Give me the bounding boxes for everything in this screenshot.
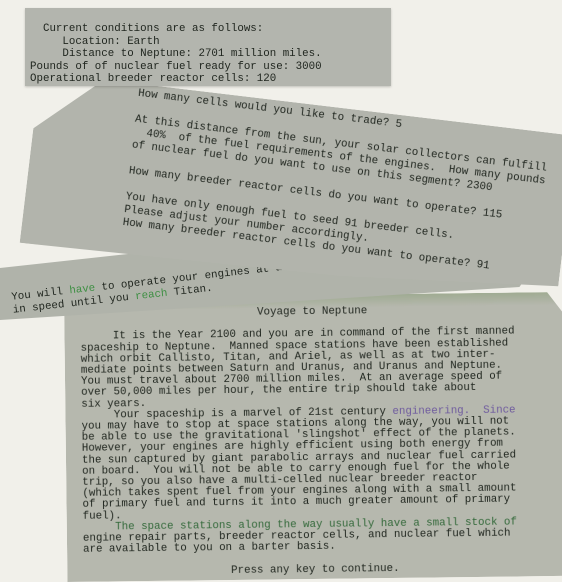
status-printout: Current conditions are as follows: Locat… <box>25 8 391 86</box>
printout-line: Location: Earth <box>30 36 391 49</box>
story-lines: It is the Year 2100 and you are in comma… <box>80 327 547 557</box>
story-printout: Voyage to Neptune It is the Year 2100 an… <box>64 292 562 582</box>
printout-line: Current conditions are as follows: <box>30 23 391 36</box>
printout-line: Operational breeder reactor cells: 120 <box>30 73 391 86</box>
continue-prompt: Press any key to continue. <box>83 562 547 579</box>
printout-line: Pounds of of nuclear fuel ready for use:… <box>30 61 391 74</box>
printout-line: Distance to Neptune: 2701 million miles. <box>30 48 391 61</box>
